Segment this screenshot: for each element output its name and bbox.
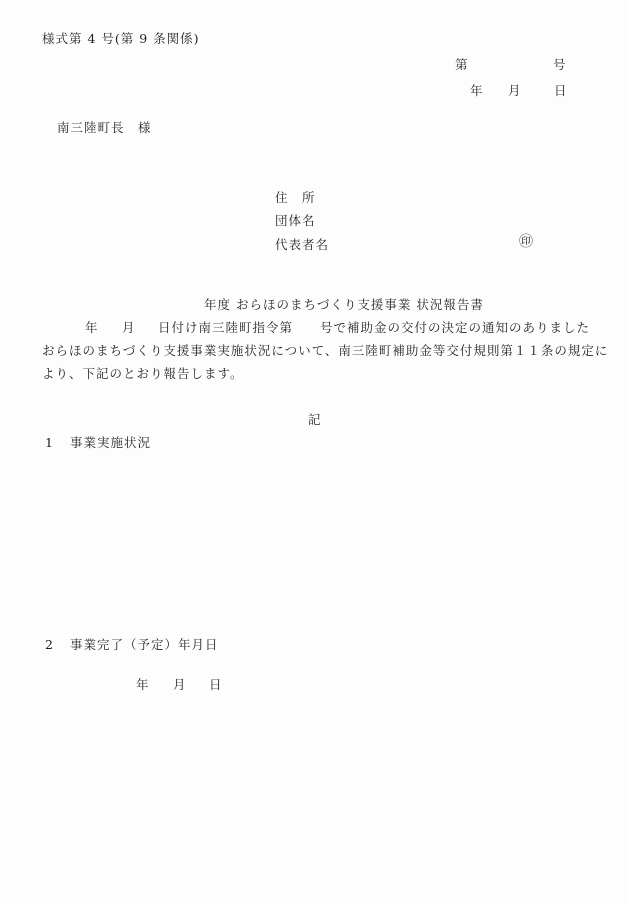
- body-line1-year-label: 年: [85, 320, 99, 335]
- item2-label: 事業完了（予定）年月日: [70, 637, 219, 652]
- item1-number: 1: [45, 435, 54, 450]
- body-line1-month-label: 月: [122, 320, 136, 335]
- sender-group-name-label: 団体名: [275, 213, 316, 228]
- doc-number-suffix: 号: [553, 57, 567, 72]
- item1-label: 事業実施状況: [70, 435, 151, 450]
- date-top-month-label: 月: [508, 83, 522, 98]
- date-bottom-year-label: 年: [136, 677, 150, 692]
- item2-number: 2: [45, 637, 54, 652]
- date-bottom-day-label: 日: [209, 677, 223, 692]
- date-top-year-label: 年: [470, 83, 484, 98]
- body-line1-notice-text: 号で補助金の交付の決定の通知のありました: [320, 320, 590, 335]
- seal-mark-icon: ㊞: [519, 235, 534, 250]
- date-bottom-month-label: 月: [173, 677, 187, 692]
- body-line1-directive-text: 日付け南三陸町指令第: [158, 320, 293, 335]
- sender-representative-label: 代表者名: [275, 237, 329, 252]
- doc-number-prefix: 第: [455, 57, 469, 72]
- body-line2-text: おらほのまちづくり支援事業実施状況について、南三陸町補助金等交付規則第１１条の規…: [42, 343, 608, 358]
- addressee: 南三陸町長 様: [57, 120, 152, 135]
- document-page: 様式第 4 号(第 9 条関係) 第 号 年 月 日 南三陸町長 様 住 所 団…: [0, 0, 630, 903]
- ki-heading: 記: [308, 412, 322, 427]
- document-title: 年度 おらほのまちづくり支援事業 状況報告書: [204, 297, 484, 312]
- form-number: 様式第 4 号(第 9 条関係): [42, 31, 200, 46]
- sender-address-label: 住 所: [275, 190, 316, 205]
- date-top-day-label: 日: [554, 83, 568, 98]
- body-line3-text: より、下記のとおり報告します。: [42, 366, 244, 381]
